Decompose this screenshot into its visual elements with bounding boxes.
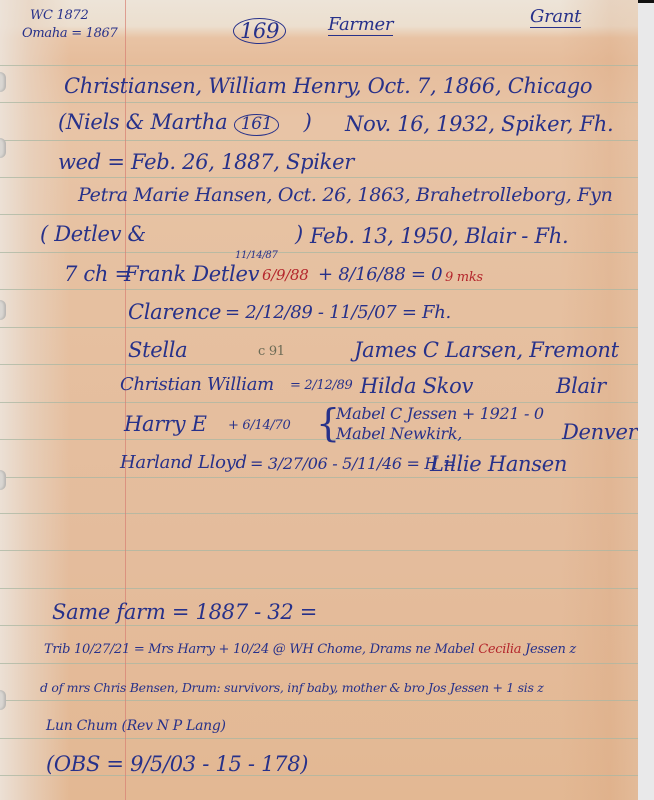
spouse-death: Feb. 13, 1950, Blair - Fh.: [310, 224, 568, 248]
header-occupation: Farmer: [328, 14, 393, 35]
ruled-line: [0, 252, 638, 253]
page-number-circle: 169: [233, 18, 286, 44]
punch-hole: [0, 138, 6, 158]
child-dates: = 2/12/89 - 11/5/07 = Fh.: [225, 302, 451, 323]
notebook-page: WC 1872 Omaha = 1867 169 Farmer Grant Ch…: [0, 0, 638, 800]
child-note-above: 11/14/87: [235, 250, 278, 261]
ruled-line: [0, 289, 638, 290]
child-dates: = 3/27/06 - 5/11/46 = H =: [250, 454, 456, 473]
child-spouse: James C Larsen, Fremont: [354, 338, 619, 362]
children-label: 7 ch =: [64, 262, 132, 286]
child-dates: = 2/12/89: [290, 378, 352, 393]
entry-death: Nov. 16, 1932, Spiker, Fh.: [345, 112, 613, 136]
entry-marriage: wed = Feb. 26, 1887, Spiker: [58, 150, 354, 174]
child-name: Harry E: [124, 412, 207, 436]
location-text: Grant: [530, 6, 581, 28]
same-farm-note: Same farm = 1887 - 32 =: [52, 600, 317, 624]
ruled-line: [0, 65, 638, 66]
child-dates: + 6/14/70: [228, 418, 290, 433]
obituary-text: Trib 10/27/21 = Mrs Harry + 10/24 @ WH C…: [44, 642, 474, 657]
child-name: Christian William: [120, 374, 274, 395]
punch-hole: [0, 72, 6, 92]
obituary-red-name: Cecilia: [478, 642, 521, 657]
punch-hole: [0, 470, 6, 490]
page-number: 169: [233, 18, 286, 44]
child-name: Stella: [128, 338, 187, 362]
ruled-line: [0, 663, 638, 664]
child-name: Frank Detlev: [124, 262, 259, 286]
scanner-edge: [637, 0, 654, 3]
child-name: Harland Lloyd: [120, 452, 247, 473]
ruled-line: [0, 214, 638, 215]
child-spouse-second: Mabel Newkirk,: [336, 424, 462, 443]
obs-reference: (OBS = 9/5/03 - 15 - 178): [46, 752, 308, 776]
punch-hole: [0, 300, 6, 320]
occupation-text: Farmer: [328, 14, 393, 36]
header-location: Grant: [530, 6, 581, 27]
entry-parents: (Niels & Martha 161 ): [58, 110, 312, 136]
header-omaha-year: Omaha = 1867: [22, 26, 118, 41]
entry-name-birth: Christiansen, William Henry, Oct. 7, 186…: [64, 74, 592, 98]
ruled-line: [0, 738, 638, 739]
ruled-line: [0, 327, 638, 328]
child-place: Blair: [556, 374, 606, 398]
obituary-line-2: d of mrs Chris Bensen, Drum: survivors, …: [40, 680, 544, 695]
ruled-line: [0, 140, 638, 141]
child-red-note: 9 mks: [445, 270, 483, 285]
obituary-line-3: Lun Chum (Rev N P Lang): [46, 718, 226, 734]
parents-names: (Niels & Martha: [58, 110, 227, 134]
obituary-line-1: Trib 10/27/21 = Mrs Harry + 10/24 @ WH C…: [44, 642, 576, 657]
child-spouse-first: Mabel C Jessen + 1921 - 0: [336, 404, 544, 423]
spouse-parents: ( Detlev &: [40, 222, 146, 246]
ruled-line: [0, 364, 638, 365]
parents-close: ): [304, 110, 312, 134]
ruled-line: [0, 177, 638, 178]
header-wc-year: WC 1872: [30, 8, 88, 23]
ruled-line: [0, 625, 638, 626]
ruled-line: [0, 588, 638, 589]
entry-spouse: Petra Marie Hansen, Oct. 26, 1863, Brahe…: [78, 184, 613, 206]
punch-hole: [0, 690, 6, 710]
child-spouse: Lillie Hansen: [430, 452, 567, 476]
child-spouse: Hilda Skov: [360, 374, 473, 398]
child-red-date: 6/9/88: [262, 266, 308, 284]
child-name: Clarence: [128, 300, 221, 324]
ruled-line: [0, 102, 638, 103]
parents-ref-circle: 161: [234, 114, 280, 136]
child-note: c 91: [258, 344, 285, 359]
ruled-line: [0, 513, 638, 514]
child-place: Denver: [562, 420, 637, 444]
obituary-text-end: Jessen z: [525, 642, 576, 657]
ruled-line: [0, 550, 638, 551]
child-dates: + 8/16/88 = 0: [318, 264, 442, 285]
ruled-line: [0, 700, 638, 701]
spouse-parents-close: ): [295, 222, 303, 246]
ruled-line: [0, 477, 638, 478]
